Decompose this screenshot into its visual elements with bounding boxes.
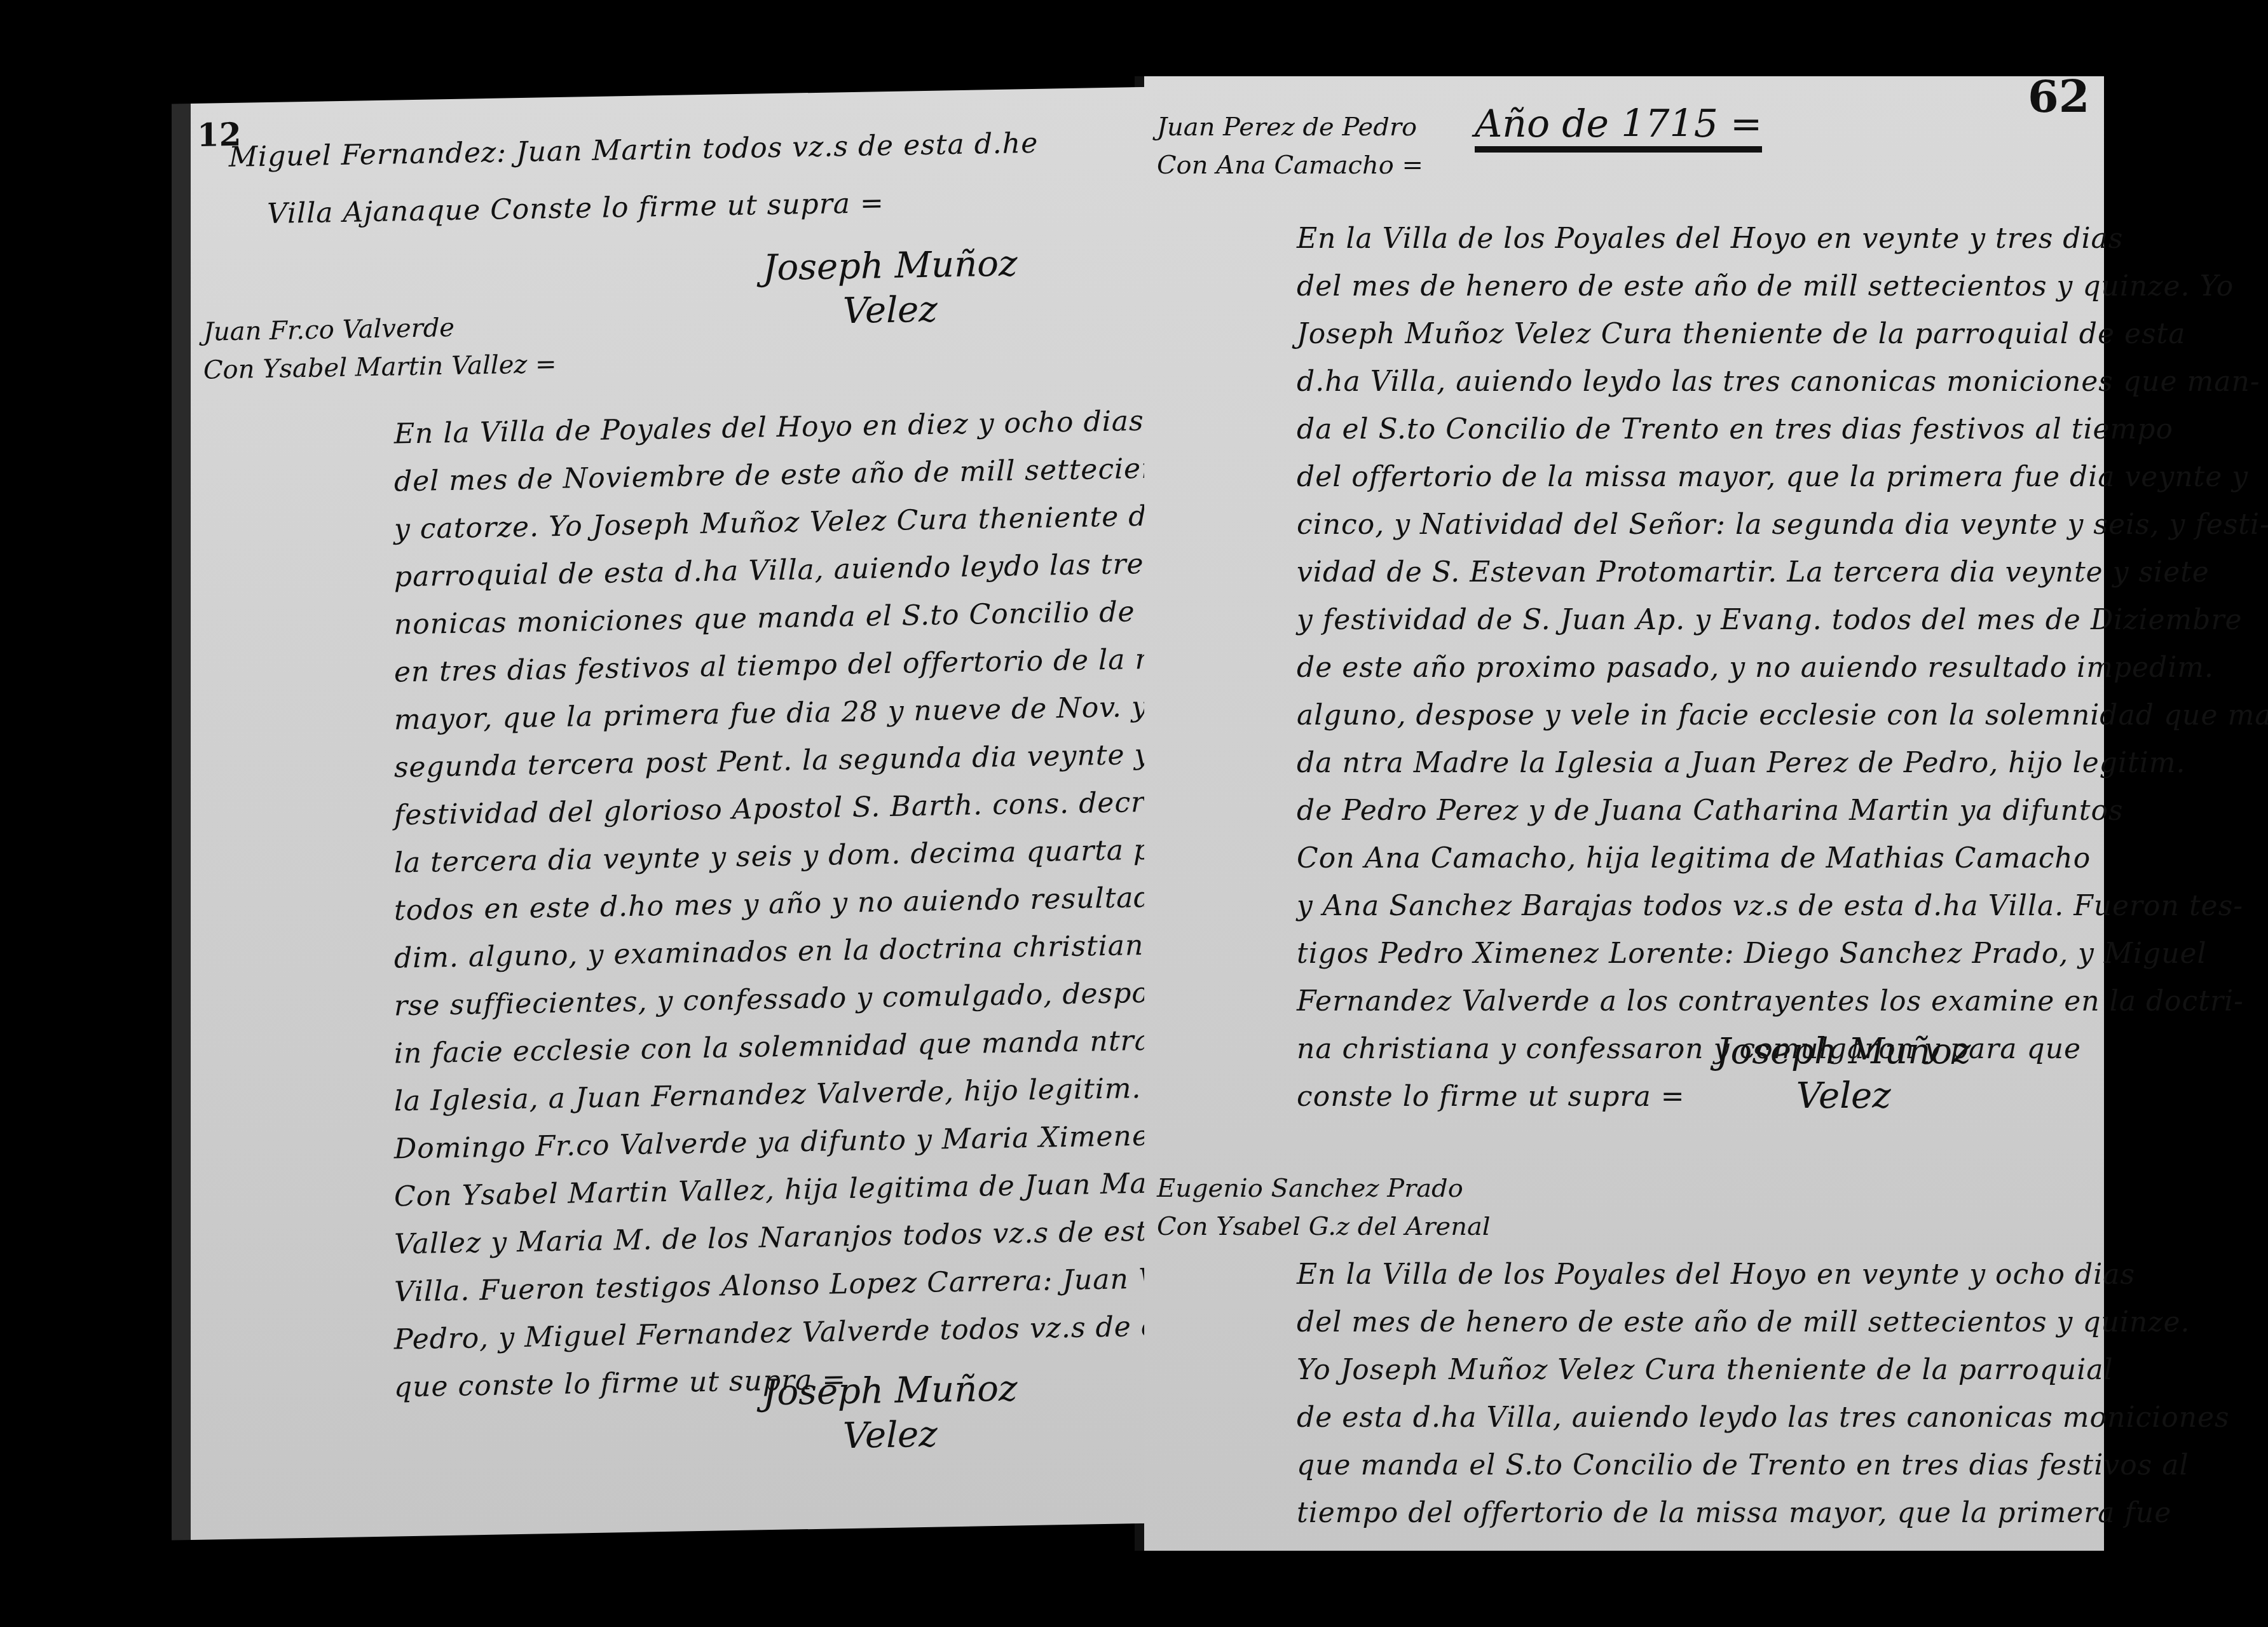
- entry-line: cinco, y Natividad del Señor: la segunda…: [1297, 508, 2268, 541]
- entry-line: d.ha Villa, auiendo leydo las tres canon…: [1297, 365, 2260, 398]
- continuation-line: Miguel Fernandez: Juan Martin todos vz.s…: [229, 127, 1038, 174]
- entry-line: mayor, que la primera fue dia 28 y nueve…: [394, 690, 1230, 737]
- continuation-line: Villa Ajanaque Conste lo firme ut supra …: [267, 187, 884, 230]
- signature: Joseph Muñoz Velez: [763, 1366, 1017, 1460]
- entry-line: En la Villa de los Poyales del Hoyo en v…: [1297, 222, 2123, 255]
- entry-line: del mes de henero de este año de mill se…: [1297, 1306, 2190, 1338]
- entry-line: y catorze. Yo Joseph Muñoz Velez Cura th…: [394, 499, 1201, 545]
- entry-line: parroquial de esta d.ha Villa, auiendo l…: [394, 547, 1212, 593]
- entry-line: Yo Joseph Muñoz Velez Cura theniente de …: [1297, 1354, 2114, 1386]
- entry-line: de esta d.ha Villa, auiendo leydo las tr…: [1297, 1401, 2230, 1434]
- entry-line: tigos Pedro Ximenez Lorente: Diego Sanch…: [1297, 937, 2207, 970]
- entry-line: alguno, despose y vele in facie ecclesie…: [1297, 699, 2268, 732]
- entry-line: del offertorio de la missa mayor, que la…: [1297, 461, 2248, 493]
- entry-line: la Iglesia, a Juan Fernandez Valverde, h…: [394, 1072, 1187, 1118]
- entry-line: Domingo Fr.co Valverde ya difunto y Mari…: [394, 1119, 1165, 1165]
- entry-line: da ntra Madre la Iglesia a Juan Perez de…: [1297, 747, 2186, 779]
- entry-line: Villa. Fueron testigos Alonso Lopez Carr…: [394, 1261, 1261, 1309]
- entry-body: En la Villa de Poyales del Hoyo en diez …: [191, 86, 1163, 104]
- signature: Joseph Muñoz Velez: [1716, 1030, 1971, 1119]
- entry-line: nonicas moniciones que manda el S.to Con…: [394, 594, 1243, 641]
- entry-line: todos en este d.ho mes y año y no auiend…: [394, 880, 1262, 927]
- signature-surname: Velez: [1716, 1074, 1971, 1119]
- margin-note: Eugenio Sanchez Prado Con Ysabel G.z del…: [1157, 1169, 1491, 1246]
- entry-line: Con Ysabel Martin Vallez, hija legitima …: [394, 1166, 1201, 1213]
- entry-line: Vallez y Maria M. de los Naranjos todos …: [394, 1213, 1238, 1260]
- entry-line: conste lo firme ut supra =: [1297, 1080, 1685, 1113]
- signature-name: Joseph Muñoz: [763, 1366, 1017, 1415]
- entry-line: in facie ecclesie con la solemnidad que …: [394, 1023, 1257, 1070]
- groom-name: Eugenio Sanchez Prado: [1157, 1169, 1491, 1208]
- signature-name: Joseph Muñoz: [763, 242, 1017, 290]
- entry-line: y festividad de S. Juan Ap. y Evang. tod…: [1297, 604, 2242, 636]
- entry-line: de este año proximo pasado, y no auiendo…: [1297, 651, 2214, 684]
- entry-line: del mes de henero de este año de mill se…: [1297, 270, 2234, 303]
- left-page: 12 Miguel Fernandez: Juan Martin todos v…: [172, 86, 1163, 1540]
- margin-note: Juan Fr.co Valverde Con Ysabel Martin Va…: [203, 307, 557, 390]
- entry-line: en tres dias festivos al tiempo del offe…: [394, 642, 1219, 689]
- bride-name: Con Ana Camacho =: [1157, 146, 1423, 184]
- entry-line: que manda el S.to Concilio de Trento en …: [1297, 1449, 2189, 1481]
- groom-name: Juan Fr.co Valverde: [203, 307, 557, 351]
- signature-name: Joseph Muñoz: [1716, 1030, 1971, 1074]
- signature-surname: Velez: [763, 286, 1017, 335]
- entry-line: vidad de S. Estevan Protomartir. La terc…: [1297, 556, 2210, 589]
- signature: Joseph Muñoz Velez: [763, 242, 1017, 335]
- entry-line: Fernandez Valverde a los contrayentes lo…: [1297, 985, 2244, 1018]
- entry-line: Joseph Muñoz Velez Cura theniente de la …: [1297, 318, 2186, 350]
- entry-line: y Ana Sanchez Barajas todos vz.s de esta…: [1297, 890, 2243, 922]
- signature-surname: Velez: [763, 1411, 1017, 1460]
- entry-line: del mes de Noviembre de este año de mill…: [394, 451, 1204, 498]
- entry-line: Con Ana Camacho, hija legitima de Mathia…: [1297, 842, 2091, 875]
- entry-line: En la Villa de los Poyales del Hoyo en v…: [1297, 1258, 2135, 1291]
- right-page: 62 Año de 1715 = Juan Perez de Pedro Con…: [1144, 76, 2104, 1551]
- entry-line: de Pedro Perez y de Juana Catharina Mart…: [1297, 794, 2123, 827]
- entry-line: tiempo del offertorio de la missa mayor,…: [1297, 1497, 2171, 1529]
- bride-name: Con Ysabel Martin Vallez =: [203, 345, 557, 390]
- margin-note: Juan Perez de Pedro Con Ana Camacho =: [1157, 108, 1423, 184]
- year-heading: Año de 1715 =: [1475, 102, 1762, 153]
- groom-name: Juan Perez de Pedro: [1157, 108, 1423, 146]
- entry-line: En la Villa de Poyales del Hoyo en diez …: [394, 405, 1144, 451]
- bride-name: Con Ysabel G.z del Arenal: [1157, 1208, 1491, 1246]
- folio-number: 62: [2028, 70, 2089, 123]
- entry-line: da el S.to Concilio de Trento en tres di…: [1297, 413, 2173, 446]
- entry-line: segunda tercera post Pent. la segunda di…: [394, 737, 1258, 784]
